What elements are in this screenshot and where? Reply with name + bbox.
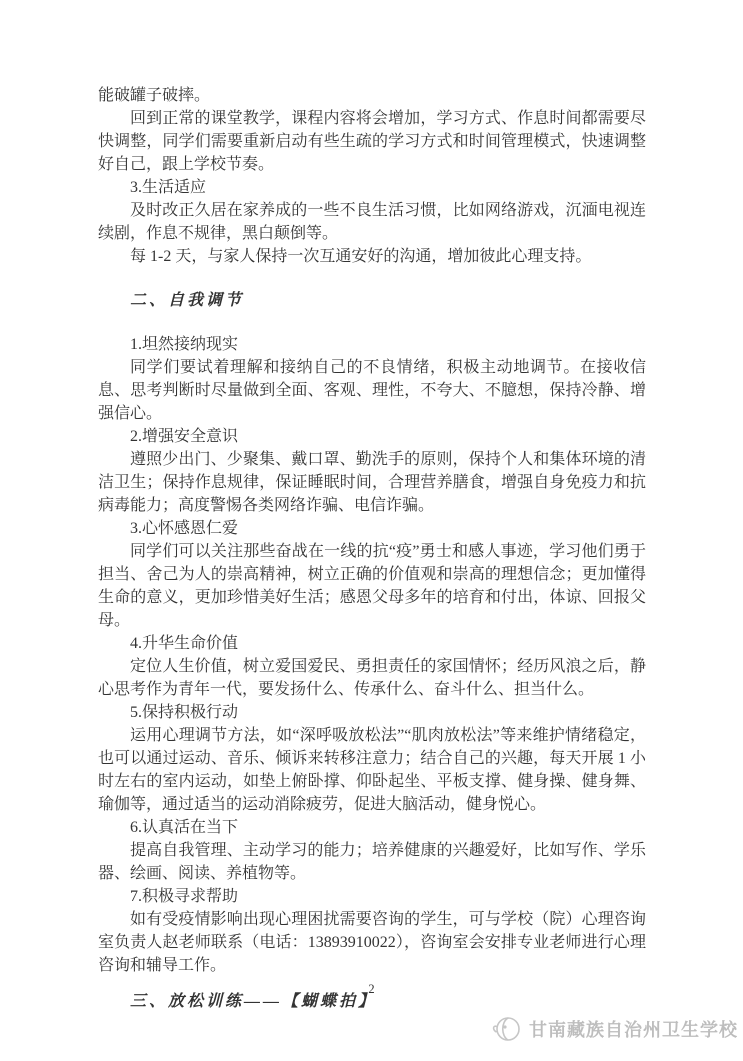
numbered-subheading: 6.认真活在当下 (98, 816, 646, 839)
numbered-subheading: 1.坦然接纳现实 (98, 333, 646, 356)
numbered-subheading: 7.积极寻求帮助 (98, 885, 646, 908)
paragraph: 定位人生价值，树立爱国爱民、勇担责任的家国情怀；经历风浪之后，静心思考作为青年一… (98, 655, 646, 701)
section-heading: 二、自我调节 (98, 289, 646, 312)
document-body: 能破罐子破摔。 回到正常的课堂教学，课程内容将会增加，学习方式、作息时间都需要尽… (98, 84, 646, 1013)
page-number: 2 (0, 982, 743, 997)
paragraph: 运用心理调节方法，如“深呼吸放松法”“肌肉放松法”等来维护情绪稳定，也可以通过运… (98, 724, 646, 816)
paragraph: 遵照少出门、少聚集、戴口罩、勤洗手的原则，保持个人和集体环境的清洁卫生；保持作息… (98, 448, 646, 517)
numbered-subheading: 4.升华生命价值 (98, 632, 646, 655)
paragraph: 同学们可以关注那些奋战在一线的抗“疫”勇士和感人事迹，学习他们勇于担当、舍己为人… (98, 540, 646, 632)
document-page: 能破罐子破摔。 回到正常的课堂教学，课程内容将会增加，学习方式、作息时间都需要尽… (0, 0, 743, 1061)
paragraph: 及时改正久居在家养成的一些不良生活习惯，比如网络游戏，沉湎电视连续剧，作息不规律… (98, 199, 646, 245)
paragraph: 如有受疫情影响出现心理困扰需要咨询的学生，可与学校（院）心理咨询室负责人赵老师联… (98, 908, 646, 977)
watermark: 甘南藏族自治州卫生学校 (490, 1014, 738, 1044)
numbered-subheading: 5.保持积极行动 (98, 701, 646, 724)
paragraph: 能破罐子破摔。 (98, 84, 646, 107)
paragraph: 每 1-2 天，与家人保持一次互通安好的沟通，增加彼此心理支持。 (98, 245, 646, 268)
numbered-subheading: 3.生活适应 (98, 176, 646, 199)
numbered-subheading: 3.心怀感恩仁爱 (98, 517, 646, 540)
numbered-subheading: 2.增强安全意识 (98, 425, 646, 448)
paragraph: 提高自我管理、主动学习的能力；培养健康的兴趣爱好，比如写作、学乐器、绘画、阅读、… (98, 839, 646, 885)
paragraph: 同学们要试着理解和接纳自己的不良情绪，积极主动地调节。在接收信息、思考判断时尽量… (98, 356, 646, 425)
school-name: 甘南藏族自治州卫生学校 (529, 1016, 738, 1042)
paragraph: 回到正常的课堂教学，课程内容将会增加，学习方式、作息时间都需要尽快调整，同学们需… (98, 107, 646, 176)
school-emblem-icon (490, 1014, 524, 1044)
